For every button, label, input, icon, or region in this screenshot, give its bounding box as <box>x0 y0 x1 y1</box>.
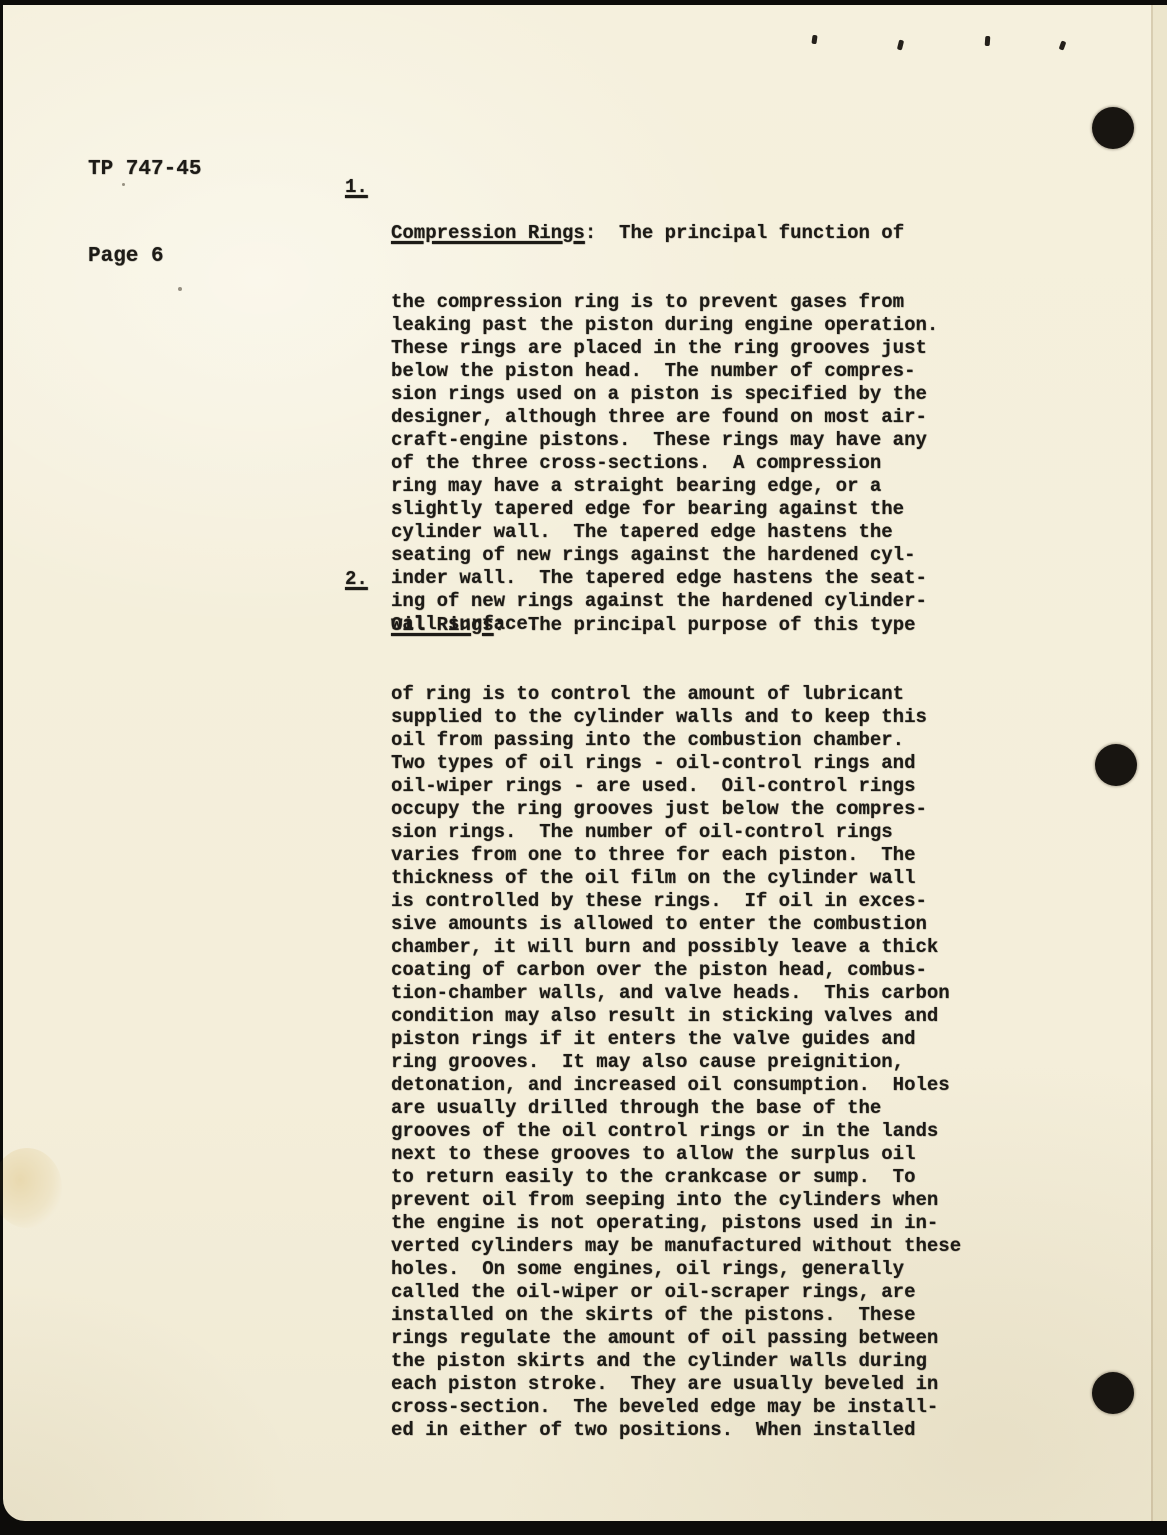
doc-ref: TP 747-45 <box>88 155 201 184</box>
paragraph-heading: Compression Rings <box>391 222 585 244</box>
paragraph-body: of ring is to control the amount of lubr… <box>391 683 961 1442</box>
paragraph-heading: Oil Rings <box>391 614 494 636</box>
hole-punch-dot <box>1092 1372 1134 1414</box>
left-edge-bar <box>0 0 3 1535</box>
list-number: 1. <box>345 176 391 199</box>
ink-speck <box>122 183 125 186</box>
list-number: 2. <box>345 568 391 591</box>
paragraph-heading-rest: : The principal purpose of this type <box>494 614 916 636</box>
paragraph-heading-rest: : The principal function of <box>585 222 904 244</box>
page-header: TP 747-45 Page 6 <box>88 97 201 329</box>
ink-speck <box>178 287 182 291</box>
page-number: Page 6 <box>88 242 201 271</box>
paragraph-first-line: Oil Rings: The principal purpose of this… <box>391 614 961 637</box>
hole-punch-dot <box>1095 744 1137 786</box>
paragraph-first-line: Compression Rings: The principal functio… <box>391 222 938 245</box>
list-number-text: 2. <box>345 568 368 590</box>
paper-edge-strip <box>1153 5 1167 1521</box>
top-edge-bar <box>0 0 1167 5</box>
hole-punch-dot <box>1092 107 1134 149</box>
ink-speck <box>985 36 991 46</box>
paper-edge-line <box>1151 5 1153 1521</box>
list-number-text: 1. <box>345 176 368 198</box>
bottom-edge-bar <box>0 1521 1167 1535</box>
scanned-document-page: TP 747-45 Page 6 1. Compression Rings: T… <box>0 0 1167 1535</box>
paragraph-oil-rings: 2. Oil Rings: The principal purpose of t… <box>345 568 961 1488</box>
